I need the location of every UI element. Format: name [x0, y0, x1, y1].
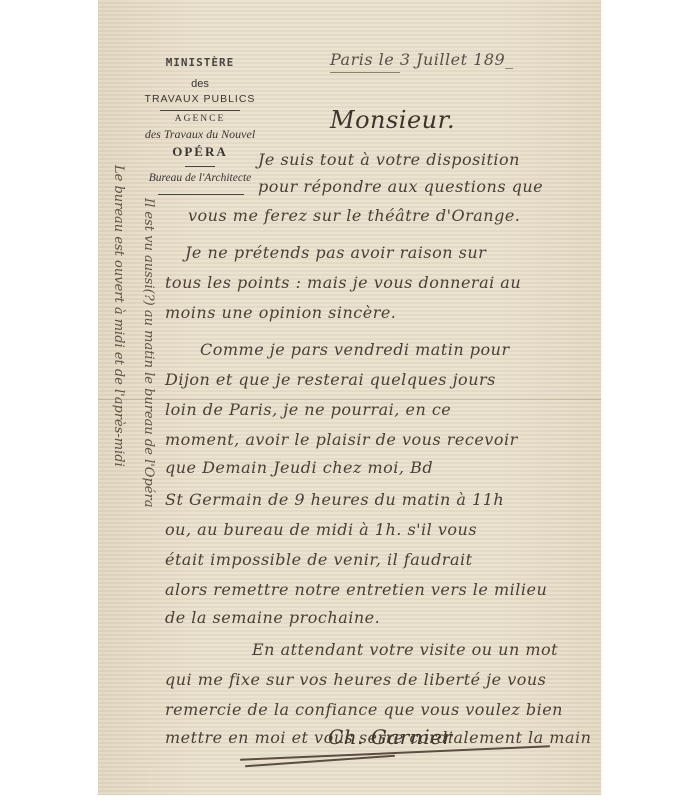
- letter-line: Je ne prétends pas avoir raison sur: [185, 243, 486, 262]
- letterhead-opera: OPÉRA: [120, 144, 280, 160]
- letterhead-ministere: MINISTÈRE: [120, 56, 280, 69]
- letter-line: qui me fixe sur vos heures de liberté je…: [165, 670, 546, 689]
- salutation: Monsieur.: [330, 106, 455, 134]
- letterhead-agence: AGENCE: [120, 114, 280, 124]
- letter-line: En attendant votre visite ou un mot: [252, 640, 558, 659]
- letterhead-bureau: Bureau de l'Architecte: [120, 172, 280, 184]
- letter-line: Dijon et que je resterai quelques jours: [165, 370, 496, 389]
- letterhead-divider: [185, 166, 215, 167]
- dateline: Paris le 3 Juillet 189_: [330, 50, 514, 69]
- letter-line: moins une opinion sincère.: [165, 303, 396, 322]
- letter-line: loin de Paris, je ne pourrai, en ce: [165, 400, 451, 419]
- letter-line: Je suis tout à votre disposition: [258, 150, 520, 169]
- letter-line: que Demain Jeudi chez moi, Bd: [165, 458, 433, 477]
- letterhead-divider: [160, 110, 240, 111]
- letterhead-divider: [158, 194, 244, 195]
- letter-line: remercie de la confiance que vous voulez…: [165, 700, 563, 719]
- letterhead-des: des: [120, 78, 280, 90]
- letter-line: St Germain de 9 heures du matin à 11h: [165, 490, 504, 509]
- letter-line: moment, avoir le plaisir de vous recevoi…: [165, 430, 518, 449]
- margin-note: Le bureau est ouvert à midi et de l'aprè…: [111, 165, 126, 467]
- letter-line: ou, au bureau de midi à 1h. s'il vous: [165, 520, 477, 539]
- letter-line: vous me ferez sur le théâtre d'Orange.: [188, 206, 520, 225]
- margin-note: Il est vu aussi(?) au matin le bureau de…: [141, 198, 156, 507]
- dateline-rule: [330, 72, 400, 73]
- letter-line: de la semaine prochaine.: [165, 608, 380, 627]
- letter-line: mettre en moi et vous serre cordialement…: [165, 728, 591, 747]
- letter-line: pour répondre aux questions que: [258, 177, 543, 196]
- letter-line: Comme je pars vendredi matin pour: [200, 340, 510, 359]
- letterhead-travaux-nouvel: des Travaux du Nouvel: [120, 127, 280, 142]
- letter-line: tous les points : mais je vous donnerai …: [165, 273, 521, 292]
- letter-line: était impossible de venir, il faudrait: [165, 550, 473, 569]
- letter-line: alors remettre notre entretien vers le m…: [165, 580, 547, 599]
- letterhead-travaux-publics: TRAVAUX PUBLICS: [120, 93, 280, 105]
